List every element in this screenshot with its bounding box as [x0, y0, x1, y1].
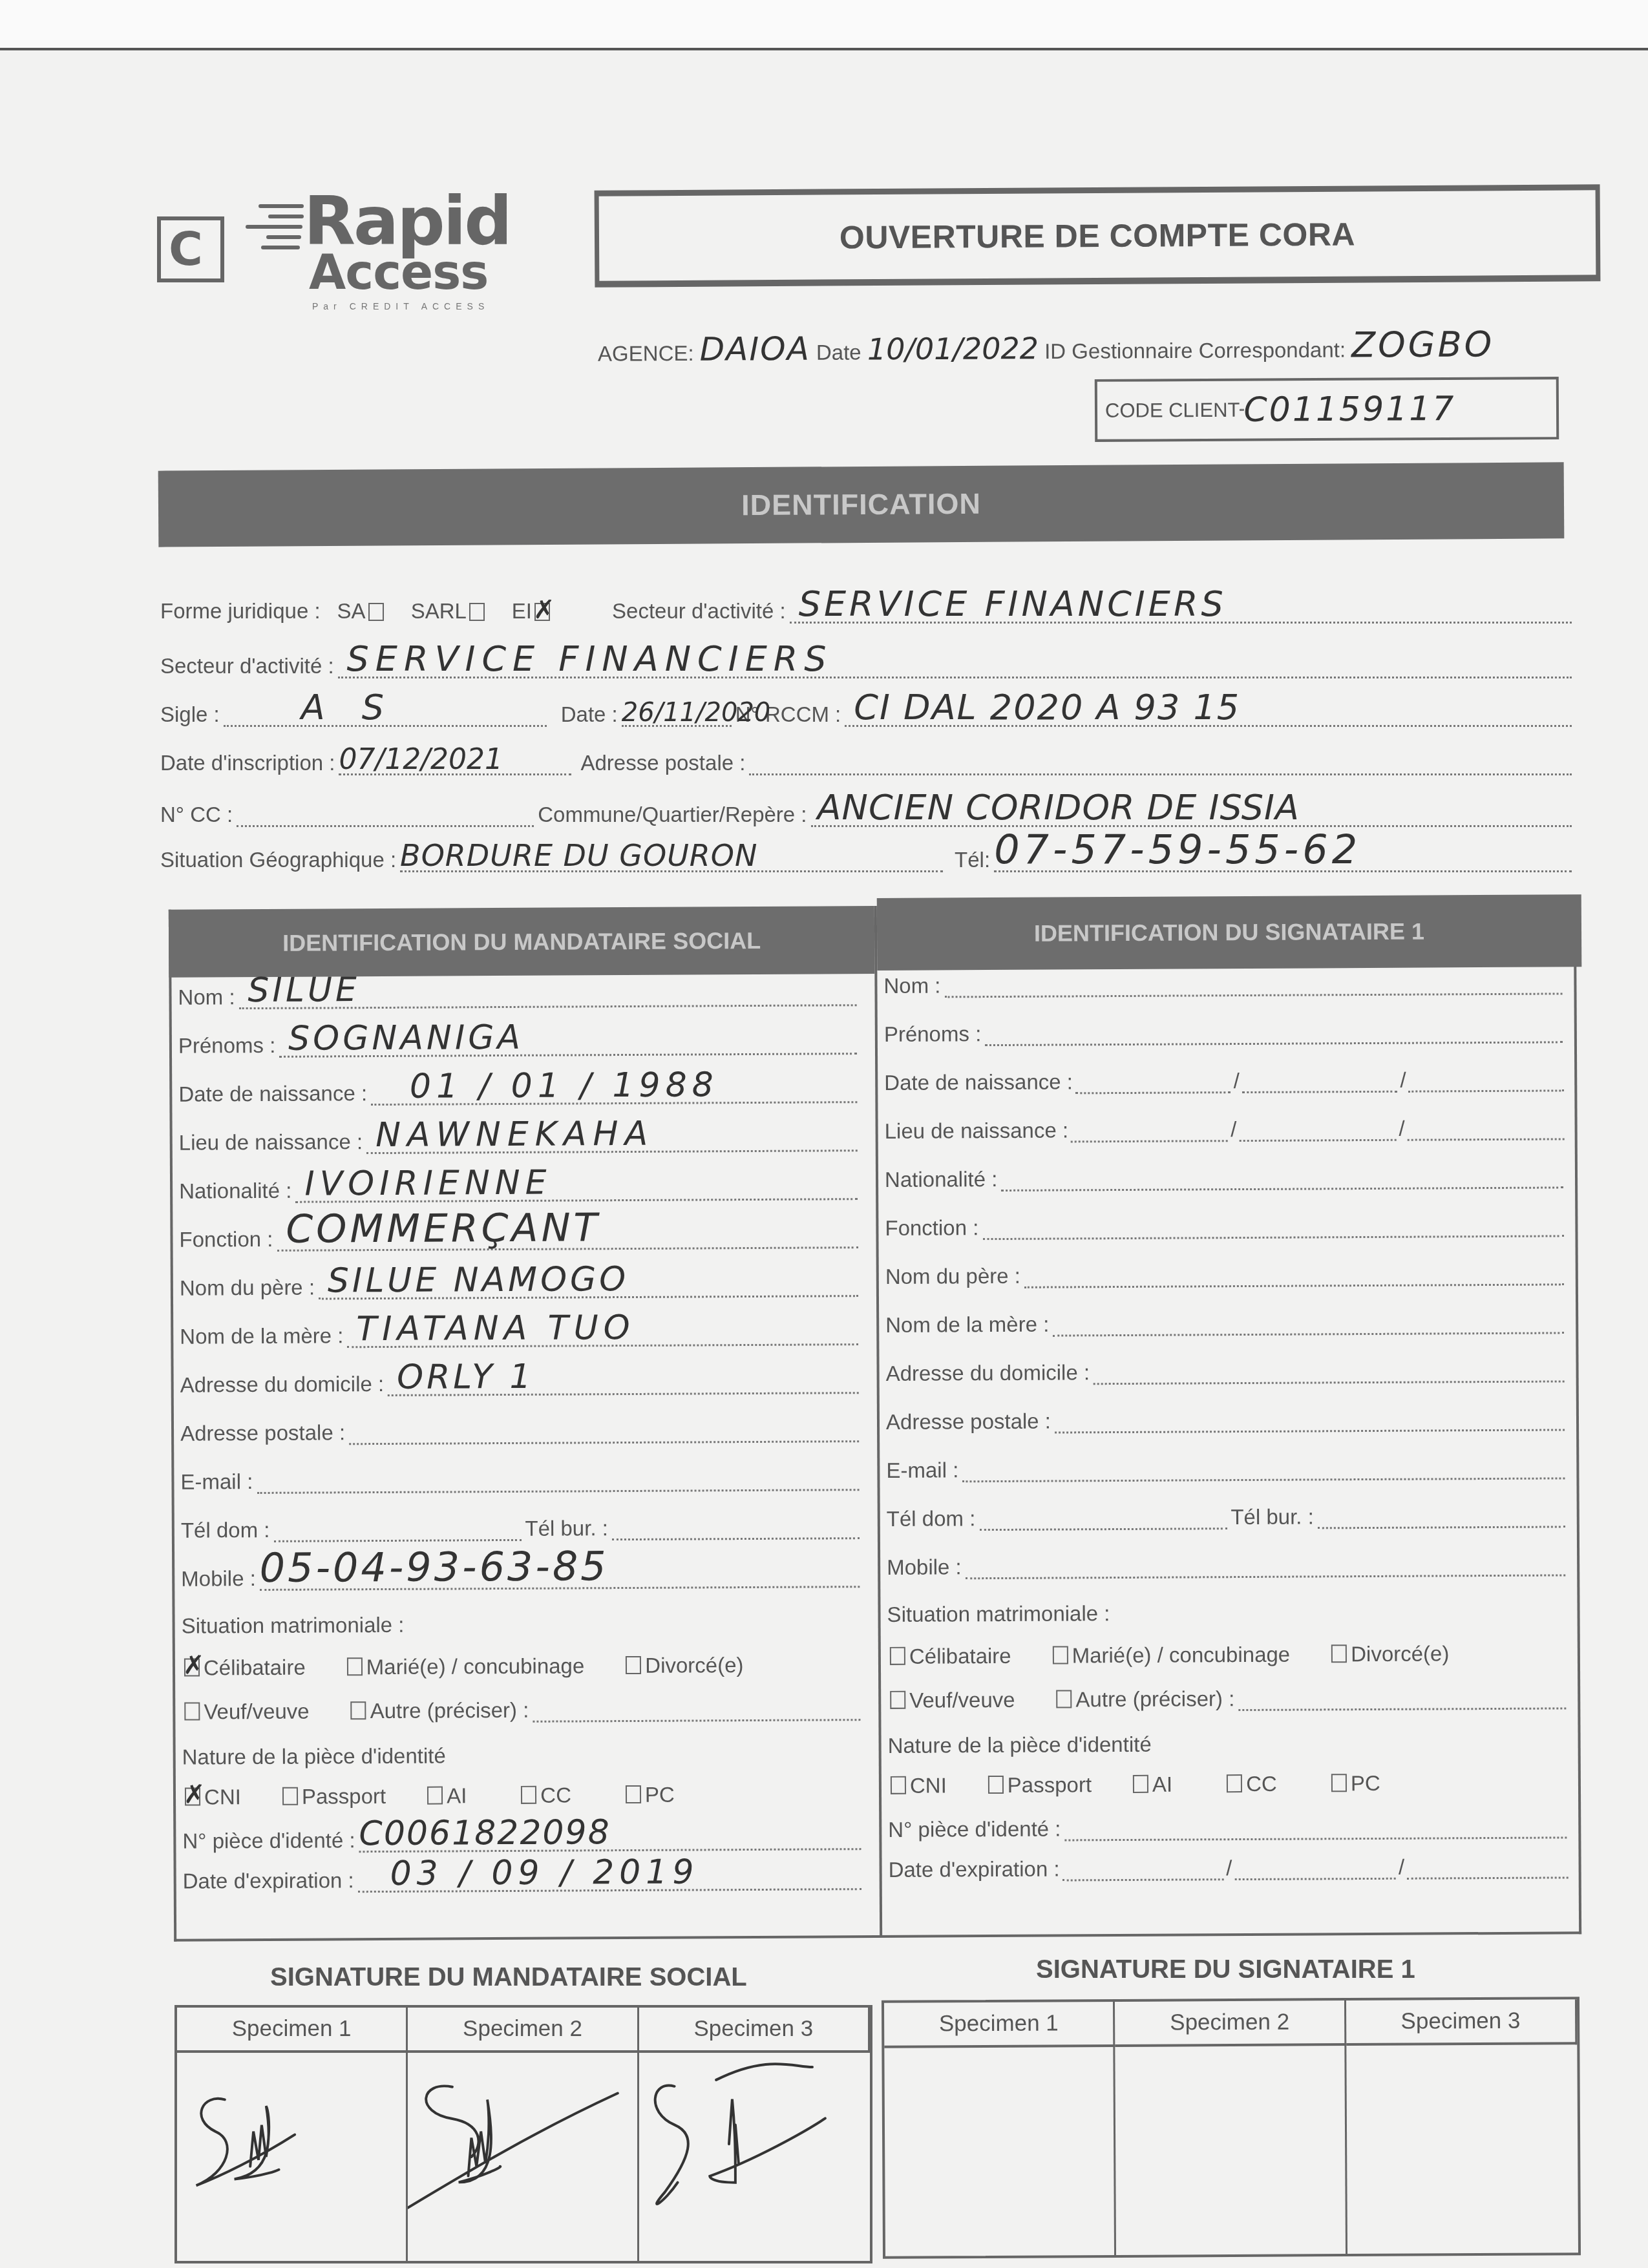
- mandataire-numero-piece-value: C0061822098: [359, 1813, 610, 1853]
- mandataire-domicile-label: Adresse du domicile :: [180, 1372, 385, 1398]
- piece-pc-label: PC: [1351, 1771, 1380, 1796]
- adresse-postale-field[interactable]: [749, 750, 1572, 775]
- logo-tagline: Par CREDIT ACCESS: [312, 301, 489, 311]
- signature-icon: [408, 2053, 637, 2261]
- ncc-field[interactable]: [237, 801, 534, 827]
- signataire-lieu-naissance-label: Lieu de naissance :: [885, 1118, 1069, 1143]
- signataire-numero-piece-field[interactable]: [1064, 1815, 1567, 1841]
- signataire-mobile-field[interactable]: [966, 1553, 1566, 1579]
- secteur-value: SERVICE FINANCIERS: [799, 583, 1227, 624]
- ident-date-field[interactable]: 26/11/2020: [622, 701, 732, 727]
- mandataire-opt-divorce[interactable]: Divorcé(e): [623, 1653, 743, 1678]
- mandataire-opt-marie[interactable]: Marié(e) / concubinage: [344, 1654, 585, 1679]
- signataire-nom-row: Nom :: [877, 970, 1575, 998]
- mandataire-nationalite-label: Nationalité :: [179, 1179, 291, 1204]
- signataire-mere-label: Nom de la mère :: [885, 1312, 1049, 1338]
- signature-icon: [177, 2053, 406, 2261]
- commune-label: Commune/Quartier/Repère :: [538, 803, 807, 827]
- signataire-domicile-field[interactable]: [1093, 1359, 1565, 1385]
- situation-geo-value: BORDURE DU GOURON: [400, 838, 757, 873]
- form-title: OUVERTURE DE COMPTE CORA: [840, 215, 1356, 256]
- signataire-situation-options-1: Célibataire Marié(e) / concubinage Divor…: [881, 1641, 1579, 1669]
- mandataire-pere-field[interactable]: SILUE NAMOGO: [319, 1274, 858, 1299]
- mandataire-piece-label: Nature de la pièce d'identité: [182, 1743, 446, 1769]
- mandataire-situation-options-1: Célibataire Marié(e) / concubinage Divor…: [175, 1652, 873, 1681]
- sigle-label: Sigle :: [160, 702, 220, 727]
- header-date-label: Date: [816, 340, 861, 364]
- checkbox-passport[interactable]: [282, 1787, 298, 1805]
- signataire-prenoms-row: Prénoms :: [878, 1018, 1576, 1047]
- opt-celibataire-label: Célibataire: [909, 1644, 1011, 1669]
- identification-title: IDENTIFICATION: [741, 487, 981, 522]
- opt-veuf-label: Veuf/veuve: [204, 1699, 309, 1725]
- mandataire-piece-pc[interactable]: PC: [623, 1783, 675, 1807]
- signataire-situation-label-row: Situation matrimoniale :: [880, 1599, 1578, 1627]
- header-date-field[interactable]: 10/01/2022: [867, 331, 1039, 366]
- code-client-label: CODE CLIENT: [1105, 398, 1240, 422]
- mandataire-specimen-3-signature[interactable]: [639, 2053, 870, 2261]
- signataire-mere-row: Nom de la mère :: [879, 1309, 1577, 1338]
- opt-marie-label: Marié(e) / concubinage: [1072, 1643, 1291, 1668]
- checkbox-celibataire[interactable]: [184, 1658, 200, 1676]
- signataire-situation-label: Situation matrimoniale :: [887, 1601, 1110, 1627]
- opt-veuf-label: Veuf/veuve: [909, 1688, 1015, 1713]
- signataire-pere-field[interactable]: [1024, 1262, 1564, 1288]
- forme-juridique-label: Forme juridique :: [160, 599, 321, 624]
- piece-cni-label: CNI: [204, 1785, 241, 1809]
- mandataire-nationalite-row: Nationalité :IVOIRIENNE: [173, 1175, 871, 1204]
- mandataire-prenoms-field[interactable]: SOGNANIGA: [279, 1031, 857, 1058]
- mandataire-postale-row: Adresse postale :: [174, 1418, 872, 1446]
- speed-lines-icon: [239, 202, 304, 253]
- mandataire-prenoms-value: SOGNANIGA: [288, 1018, 523, 1058]
- signataire-nom-field[interactable]: [944, 971, 1562, 998]
- mandataire-mobile-row: Mobile :05-04-93-63-85: [174, 1563, 872, 1591]
- checkbox-sa[interactable]: [368, 603, 384, 621]
- logo-brand-access: Access: [309, 249, 488, 297]
- mandataire-mere-field[interactable]: TIATANA TUO: [347, 1322, 858, 1348]
- checkbox-celibataire[interactable]: [890, 1647, 905, 1665]
- ncc-label: N° CC :: [160, 803, 233, 827]
- specimen-3-header: Specimen 3: [1346, 1999, 1578, 2046]
- situation-geo-row: Situation Géographique : BORDURE DU GOUR…: [160, 846, 1576, 872]
- mandataire-piece-options: CNI Passport AI CC PC: [176, 1781, 874, 1810]
- signataire-pere-row: Nom du père :: [879, 1261, 1577, 1289]
- signataire-piece-ai[interactable]: AI: [1130, 1772, 1172, 1797]
- signataire-specimen-3-signature[interactable]: [1346, 2044, 1578, 2254]
- mandataire-piece-cc[interactable]: CC: [518, 1783, 571, 1807]
- signataire-situation-options-2: Veuf/veuve Autre (préciser) :: [881, 1685, 1579, 1713]
- mandataire-piece-passport[interactable]: Passport: [280, 1784, 386, 1809]
- signataire-header: IDENTIFICATION DU SIGNATAIRE 1: [877, 894, 1582, 971]
- forme-option-ei[interactable]: EI: [512, 599, 554, 624]
- mandataire-mobile-field[interactable]: 05-04-93-63-85: [260, 1564, 860, 1591]
- signataire-piece-label-row: Nature de la pièce d'identité: [882, 1730, 1579, 1758]
- mandataire-mere-row: Nom de la mère :TIATANA TUO: [173, 1321, 871, 1349]
- identification-section-header: IDENTIFICATION: [158, 462, 1565, 547]
- mandataire-situation-label: Situation matrimoniale :: [182, 1613, 405, 1639]
- mandataire-opt-autre[interactable]: Autre (préciser) :: [348, 1698, 529, 1723]
- signature-icon: [639, 2053, 870, 2261]
- mandataire-specimen-1-signature[interactable]: [177, 2053, 408, 2261]
- specimen-2-header: Specimen 2: [1115, 2000, 1346, 2047]
- mandataire-postale-label: Adresse postale :: [180, 1420, 345, 1445]
- mandataire-domicile-value: ORLY 1: [397, 1358, 534, 1397]
- opt-celibataire-label: Célibataire: [204, 1655, 306, 1681]
- signataire-fonction-label: Fonction :: [885, 1215, 978, 1241]
- ncc-row: N° CC : Commune/Quartier/Repère : ANCIEN…: [160, 801, 1576, 827]
- signataire-fonction-row: Fonction :: [878, 1212, 1576, 1241]
- mandataire-numero-piece-field[interactable]: C0061822098: [359, 1827, 861, 1853]
- sigle-field[interactable]: A S: [224, 701, 547, 727]
- mandataire-piece-ai[interactable]: AI: [425, 1783, 467, 1808]
- checkbox-ai[interactable]: [427, 1787, 443, 1805]
- mandataire-prenoms-row: Prénoms :SOGNANIGA: [172, 1030, 870, 1058]
- signataire-piece-pc[interactable]: PC: [1329, 1771, 1380, 1796]
- forme-option-sa-label: SA: [337, 599, 366, 623]
- secteur-label: Secteur d'activité :: [612, 599, 786, 624]
- secteur2-row: Secteur d'activité : SERVICE FINANCIERS: [160, 653, 1576, 678]
- signataire-specimen-2-signature[interactable]: [1115, 2046, 1347, 2255]
- mandataire-tel-bur-label: Tél bur. :: [525, 1516, 608, 1541]
- mandataire-nom-label: Nom :: [178, 985, 235, 1009]
- mandataire-date-naissance-field[interactable]: 01 / 01 / 1988: [371, 1080, 857, 1106]
- mandataire-domicile-field[interactable]: ORLY 1: [388, 1370, 859, 1396]
- signataire-prenoms-label: Prénoms :: [884, 1022, 982, 1047]
- checkbox-cc[interactable]: [1227, 1774, 1242, 1792]
- piece-pc-label: PC: [645, 1783, 675, 1807]
- signataire-postale-label: Adresse postale :: [886, 1409, 1051, 1434]
- specimen-2-header: Specimen 2: [408, 2008, 639, 2053]
- signataire-nationalite-field[interactable]: [1001, 1165, 1563, 1192]
- mandataire-situation-label-row: Situation matrimoniale :: [175, 1610, 873, 1639]
- mandataire-expiration-value: 03 / 09 / 2019: [390, 1853, 699, 1893]
- signataire-piece-cc[interactable]: CC: [1224, 1772, 1277, 1796]
- rccm-field[interactable]: CI DAL 2020 A 93 15: [845, 701, 1572, 727]
- signataire-pere-label: Nom du père :: [885, 1264, 1020, 1289]
- mandataire-signature-title: SIGNATURE DU MANDATAIRE SOCIAL: [270, 1963, 747, 1992]
- signataire-nationalite-row: Nationalité :: [878, 1164, 1576, 1192]
- opt-divorce-label: Divorcé(e): [645, 1653, 743, 1678]
- header-fields-line: AGENCE: DAIOA Date 10/01/2022 ID Gestion…: [598, 324, 1494, 369]
- forme-option-sa[interactable]: SA: [337, 599, 388, 624]
- mandataire-fonction-field[interactable]: COMMERÇANT: [277, 1225, 858, 1252]
- forme-juridique-row: Forme juridique : SA SARL EI Secteur d'a…: [160, 598, 1576, 624]
- mandataire-nom-field[interactable]: SILUE: [238, 983, 856, 1009]
- page-top-edge: [0, 0, 1648, 50]
- checkbox-pc[interactable]: [1331, 1774, 1347, 1792]
- signataire-domicile-label: Adresse du domicile :: [886, 1360, 1090, 1386]
- mandataire-fonction-row: Fonction :COMMERÇANT: [173, 1224, 871, 1252]
- signataire-signature-table: Specimen 1 Specimen 2 Specimen 3: [882, 1997, 1581, 2259]
- checkbox-marie[interactable]: [347, 1657, 363, 1675]
- ident-date-label: Date :: [561, 702, 618, 727]
- signataire-nationalite-label: Nationalité :: [885, 1167, 997, 1192]
- signataire-expiration-row: Date d'expiration ://: [882, 1854, 1580, 1882]
- checkbox-pc[interactable]: [626, 1785, 641, 1803]
- mandataire-header: IDENTIFICATION DU MANDATAIRE SOCIAL: [169, 906, 875, 978]
- agence-field[interactable]: DAIOA: [700, 330, 810, 368]
- checkbox-divorce[interactable]: [1331, 1644, 1347, 1663]
- mandataire-expiration-field[interactable]: 03 / 09 / 2019: [358, 1867, 861, 1893]
- mandataire-lieu-naissance-row: Lieu de naissance :NAWNEKAHA: [173, 1127, 871, 1155]
- checkbox-autre[interactable]: [1056, 1690, 1072, 1708]
- checkbox-ei[interactable]: [534, 603, 550, 621]
- forme-option-ei-label: EI: [512, 599, 532, 623]
- ident-date-value: 26/11/2020: [622, 698, 771, 728]
- code-client-box: CODE CLIENT C01159117: [1095, 377, 1559, 442]
- signataire-email-label: E-mail :: [886, 1458, 958, 1483]
- mandataire-lieu-naissance-label: Lieu de naissance :: [179, 1129, 363, 1155]
- rccm-value: CI DAL 2020 A 93 15: [854, 687, 1240, 728]
- checkbox-sarl[interactable]: [469, 603, 485, 621]
- signataire-nom-label: Nom :: [883, 973, 940, 998]
- signataire-specimen-1-signature[interactable]: [884, 2047, 1116, 2256]
- mandataire-piece-label-row: Nature de la pièce d'identité: [176, 1741, 874, 1770]
- secteur2-value: SERVICE FINANCIERS: [347, 638, 833, 679]
- ident-tel-label: Tél:: [955, 848, 990, 872]
- mandataire-date-naissance-row: Date de naissance :01 / 01 / 1988: [172, 1078, 870, 1107]
- signataire-tel-bur-field[interactable]: [1318, 1504, 1565, 1529]
- mandataire-opt-veuf[interactable]: Veuf/veuve: [182, 1699, 309, 1725]
- signataire-opt-autre[interactable]: Autre (préciser) :: [1053, 1686, 1234, 1712]
- mandataire-tel-row: Tél dom :Tél bur. :: [174, 1515, 872, 1543]
- mandataire-nationalite-value: IVOIRIENNE: [304, 1164, 551, 1204]
- mandataire-date-naissance-label: Date de naissance :: [178, 1081, 367, 1107]
- mandataire-postale-field[interactable]: [349, 1419, 859, 1445]
- mandataire-piece-cni[interactable]: CNI: [182, 1785, 241, 1809]
- signataire-tel-bur-label: Tél bur. :: [1231, 1504, 1314, 1529]
- date-inscription-label: Date d'inscription :: [160, 751, 335, 775]
- signataire-numero-piece-row: N° pièce d'identé :: [882, 1814, 1579, 1842]
- mandataire-tel-dom-field[interactable]: [273, 1518, 521, 1542]
- agence-label: AGENCE:: [598, 341, 694, 366]
- mandataire-signature-table: Specimen 1 Specimen 2 Specimen 3: [174, 2005, 872, 2263]
- checkbox-autre[interactable]: [351, 1701, 366, 1719]
- signataire-domicile-row: Adresse du domicile :: [880, 1358, 1578, 1386]
- mandataire-numero-piece-row: N° pièce d'identé :C0061822098: [176, 1825, 874, 1854]
- signataire-piece-label: Nature de la pièce d'identité: [888, 1732, 1152, 1758]
- signataire-title: IDENTIFICATION DU SIGNATAIRE 1: [1034, 918, 1424, 947]
- opt-autre-label: Autre (préciser) :: [1075, 1686, 1234, 1712]
- signataire-piece-cni[interactable]: CNI: [888, 1773, 947, 1798]
- mandataire-pere-value: SILUE NAMOGO: [328, 1260, 629, 1300]
- code-client-field[interactable]: C01159117: [1243, 389, 1455, 429]
- opt-autre-label: Autre (préciser) :: [370, 1698, 529, 1723]
- opt-divorce-label: Divorcé(e): [1351, 1641, 1449, 1666]
- mandataire-expiration-label: Date d'expiration :: [183, 1868, 354, 1893]
- checkbox-cni[interactable]: [891, 1776, 906, 1794]
- piece-cc-label: CC: [540, 1783, 571, 1807]
- identification-panel: IDENTIFICATION DU MANDATAIRE SOCIAL IDEN…: [169, 902, 1581, 1941]
- signataire-email-field[interactable]: [962, 1456, 1565, 1482]
- mandataire-lieu-naissance-field[interactable]: NAWNEKAHA: [366, 1128, 858, 1154]
- date-inscription-value: 07/12/2021: [339, 743, 503, 776]
- secteur2-field[interactable]: SERVICE FINANCIERS: [338, 653, 1572, 678]
- checkbox-passport[interactable]: [988, 1776, 1004, 1794]
- mandataire-domicile-row: Adresse du domicile :ORLY 1: [174, 1369, 872, 1398]
- mandataire-opt-celibataire[interactable]: Célibataire: [182, 1655, 306, 1681]
- ident-tel-value: 07-57-59-55-62: [994, 826, 1361, 873]
- signataire-tel-dom-label: Tél dom :: [887, 1506, 976, 1531]
- checkbox-cni[interactable]: [185, 1787, 200, 1805]
- signataire-postale-field[interactable]: [1055, 1407, 1565, 1433]
- signataire-lieu-naissance-row: Lieu de naissance ://: [878, 1115, 1576, 1144]
- mandataire-tel-dom-label: Tél dom :: [181, 1518, 270, 1543]
- sigle-row: Sigle : A S Date : 26/11/2020 N° RCCM : …: [160, 701, 1576, 727]
- mandataire-autre-field[interactable]: [533, 1697, 860, 1723]
- piece-cni-label: CNI: [910, 1773, 947, 1798]
- mandataire-lieu-naissance-value: NAWNEKAHA: [375, 1115, 654, 1155]
- specimen-1-header: Specimen 1: [884, 2002, 1115, 2048]
- form-title-box: OUVERTURE DE COMPTE CORA: [595, 184, 1601, 288]
- situation-geo-field[interactable]: BORDURE DU GOURON: [400, 846, 943, 872]
- signataire-fonction-field[interactable]: [982, 1213, 1563, 1240]
- checkbox-marie[interactable]: [1053, 1646, 1068, 1664]
- mandataire-prenoms-label: Prénoms :: [178, 1033, 276, 1058]
- mandataire-pere-label: Nom du père :: [180, 1276, 315, 1301]
- signataire-autre-field[interactable]: [1238, 1686, 1566, 1711]
- mandataire-specimen-2-signature[interactable]: [408, 2053, 639, 2261]
- piece-cc-label: CC: [1246, 1772, 1277, 1796]
- checkbox-ai[interactable]: [1133, 1775, 1148, 1793]
- date-inscription-row: Date d'inscription : 07/12/2021 Adresse …: [160, 750, 1576, 775]
- mandataire-email-label: E-mail :: [180, 1469, 253, 1495]
- sigle-value: A S: [301, 687, 397, 728]
- mandataire-fonction-value: COMMERÇANT: [286, 1205, 600, 1252]
- opt-marie-label: Marié(e) / concubinage: [366, 1654, 585, 1679]
- signataire-mobile-row: Mobile :: [880, 1551, 1578, 1580]
- signataire-column: Nom : Prénoms : Date de naissance :// Li…: [877, 970, 1575, 974]
- signataire-email-row: E-mail :: [880, 1454, 1578, 1483]
- mandataire-nom-row: Nom :SILUE: [171, 982, 869, 1010]
- specimen-3-header: Specimen 3: [639, 2008, 870, 2053]
- signataire-mere-field[interactable]: [1053, 1310, 1564, 1336]
- mandataire-email-field[interactable]: [257, 1467, 859, 1494]
- mandataire-email-row: E-mail :: [174, 1466, 872, 1495]
- signataire-piece-passport[interactable]: Passport: [986, 1772, 1092, 1798]
- signataire-date-naissance-row: Date de naissance ://: [878, 1067, 1576, 1095]
- mandataire-title: IDENTIFICATION DU MANDATAIRE SOCIAL: [282, 927, 761, 956]
- piece-ai-label: AI: [1152, 1772, 1172, 1797]
- signataire-date-naissance-label: Date de naissance :: [884, 1069, 1073, 1095]
- signataire-opt-marie[interactable]: Marié(e) / concubinage: [1050, 1643, 1291, 1668]
- date-inscription-field[interactable]: 07/12/2021: [339, 750, 571, 775]
- signataire-opt-divorce[interactable]: Divorcé(e): [1329, 1641, 1449, 1666]
- signataire-prenoms-field[interactable]: [985, 1020, 1563, 1046]
- secteur-field[interactable]: SERVICE FINANCIERS: [790, 598, 1572, 624]
- mandataire-date-naissance-value: 01 / 01 / 1988: [410, 1066, 719, 1106]
- mandataire-nationalite-field[interactable]: IVOIRIENNE: [295, 1177, 858, 1203]
- piece-passport-label: Passport: [302, 1784, 386, 1809]
- commune-value: ANCIEN CORIDOR DE ISSIA: [818, 787, 1300, 828]
- mandataire-mere-value: TIATANA TUO: [356, 1308, 635, 1349]
- mandataire-situation-options-2: Veuf/veuve Autre (préciser) :: [175, 1696, 873, 1725]
- secteur2-label: Secteur d'activité :: [160, 654, 334, 678]
- commune-field[interactable]: ANCIEN CORIDOR DE ISSIA: [811, 801, 1572, 827]
- mandataire-mobile-label: Mobile :: [181, 1566, 256, 1591]
- signataire-signature-title: SIGNATURE DU SIGNATAIRE 1: [1036, 1955, 1415, 1984]
- mandataire-fonction-label: Fonction :: [179, 1227, 273, 1252]
- piece-ai-label: AI: [447, 1783, 467, 1808]
- specimen-1-header: Specimen 1: [177, 2008, 408, 2053]
- signataire-opt-veuf[interactable]: Veuf/veuve: [887, 1688, 1015, 1713]
- checkbox-veuf[interactable]: [890, 1691, 905, 1709]
- signataire-piece-options: CNI Passport AI CC PC: [882, 1770, 1579, 1798]
- signataire-mobile-label: Mobile :: [887, 1555, 962, 1580]
- signataire-tel-dom-field[interactable]: [979, 1506, 1227, 1531]
- mandataire-nom-value: SILUE: [248, 971, 360, 1010]
- signataire-opt-celibataire[interactable]: Célibataire: [887, 1644, 1011, 1669]
- mandataire-tel-bur-field[interactable]: [612, 1516, 860, 1540]
- gestionnaire-field[interactable]: ZOGBO: [1351, 324, 1494, 365]
- mandataire-mobile-value: 05-04-93-63-85: [260, 1542, 609, 1591]
- mandataire-numero-piece-label: N° pièce d'identé :: [182, 1828, 355, 1853]
- signataire-tel-row: Tél dom :Tél bur. :: [880, 1503, 1578, 1531]
- signataire-expiration-label: Date d'expiration :: [889, 1857, 1060, 1882]
- forme-option-sarl[interactable]: SARL: [411, 599, 489, 624]
- piece-passport-label: Passport: [1008, 1772, 1092, 1798]
- checkbox-divorce[interactable]: [626, 1656, 641, 1674]
- mandataire-pere-row: Nom du père :SILUE NAMOGO: [173, 1272, 871, 1301]
- credit-access-logo-icon: C: [157, 216, 224, 282]
- mandataire-expiration-row: Date d'expiration :03 / 09 / 2019: [176, 1865, 874, 1894]
- gestionnaire-label: ID Gestionnaire Correspondant:: [1044, 338, 1346, 363]
- checkbox-cc[interactable]: [521, 1786, 536, 1804]
- mandataire-mere-label: Nom de la mère :: [180, 1323, 343, 1349]
- situation-geo-label: Situation Géographique :: [160, 848, 396, 872]
- forme-option-sarl-label: SARL: [411, 599, 467, 623]
- checkbox-veuf[interactable]: [184, 1702, 200, 1720]
- adresse-postale-label: Adresse postale :: [580, 751, 745, 775]
- signataire-numero-piece-label: N° pièce d'identé :: [888, 1817, 1061, 1842]
- signataire-postale-row: Adresse postale :: [880, 1406, 1578, 1434]
- ident-tel-field[interactable]: 07-57-59-55-62: [994, 846, 1572, 872]
